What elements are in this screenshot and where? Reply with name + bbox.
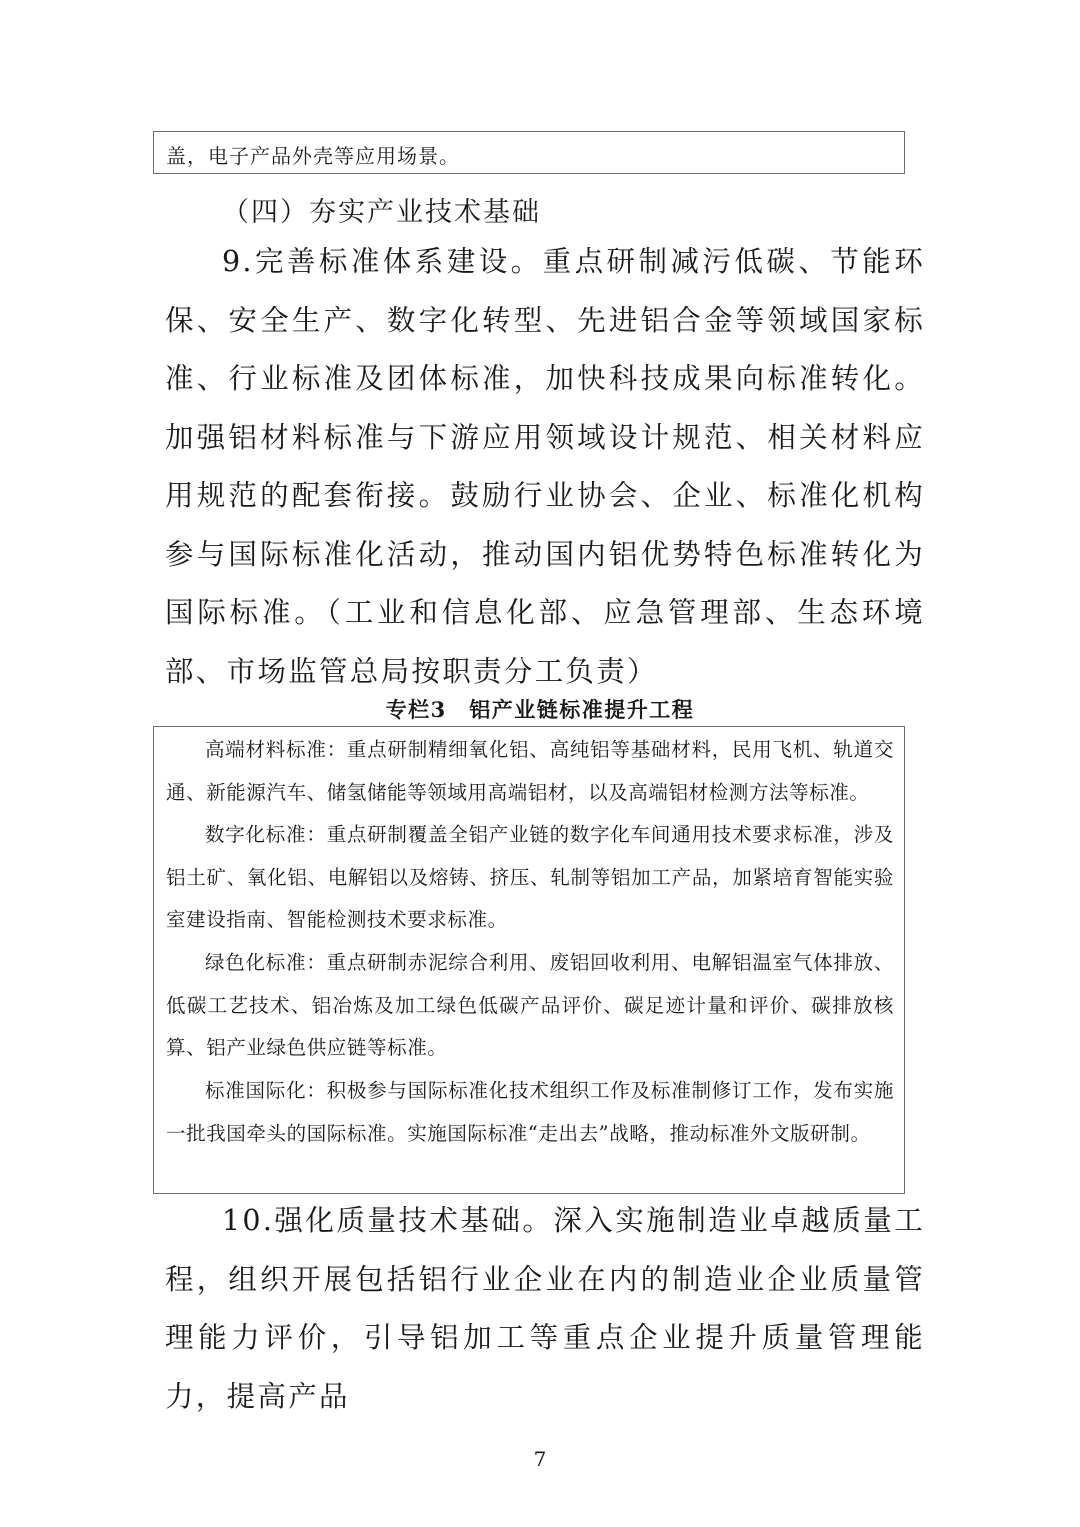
column-title: 专栏3 铝产业链标准提升工程 xyxy=(0,694,1080,724)
paragraph-standards-system: 9.完善标准体系建设。重点研制减污低碳、节能环保、安全生产、数字化转型、先进铝合… xyxy=(165,233,925,701)
section-heading: （四）夯实产业技术基础 xyxy=(222,190,541,229)
column-item-green: 绿色化标准：重点研制赤泥综合利用、废铝回收利用、电解铝温室气体排放、低碳工艺技术… xyxy=(166,942,894,1070)
paragraph-quality-foundation: 10.强化质量技术基础。深入实施制造业卓越质量工程，组织开展包括铝行业企业在内的… xyxy=(165,1192,925,1426)
column-item-digitalization: 数字化标准：重点研制覆盖全铝产业链的数字化车间通用技术要求标准，涉及铝土矿、氧化… xyxy=(166,814,894,942)
column-item-internationalization: 标准国际化：积极参与国际标准化技术组织工作及标准制修订工作，发布实施一批我国牵头… xyxy=(166,1070,894,1155)
page-number: 7 xyxy=(0,1447,1080,1471)
continued-column-text: 盖，电子产品外壳等应用场景。 xyxy=(166,140,460,169)
column-box: 高端材料标准：重点研制精细氧化铝、高纯铝等基础材料，民用飞机、轨道交通、新能源汽… xyxy=(153,726,905,1194)
continued-column-box: 盖，电子产品外壳等应用场景。 xyxy=(153,131,905,174)
column-item-high-end-materials: 高端材料标准：重点研制精细氧化铝、高纯铝等基础材料，民用飞机、轨道交通、新能源汽… xyxy=(166,729,894,814)
